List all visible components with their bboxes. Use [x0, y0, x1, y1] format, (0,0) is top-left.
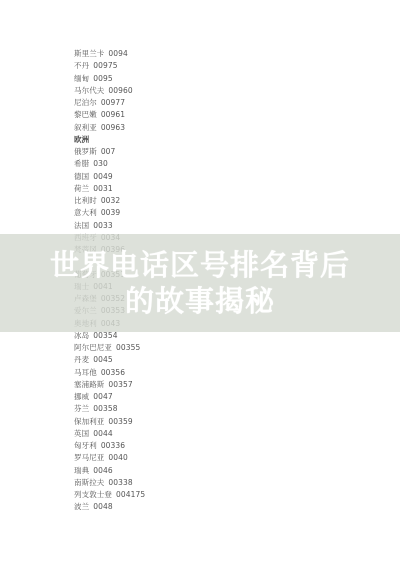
dial-code: 0049 [93, 172, 113, 181]
list-item: 英国0044 [74, 428, 334, 440]
list-item: 南斯拉夫00338 [74, 477, 334, 489]
country-name: 尼泊尔 [74, 98, 97, 107]
list-item: 尼泊尔00977 [74, 97, 334, 109]
dial-code: 0044 [93, 429, 113, 438]
dial-code: 0032 [101, 196, 121, 205]
list-item: 匈牙利00336 [74, 440, 334, 452]
country-name: 挪威 [74, 392, 89, 401]
dial-code: 00359 [108, 417, 132, 426]
list-item: 法国0033 [74, 220, 334, 232]
list-item: 丹麦0045 [74, 354, 334, 366]
country-name: 波兰 [74, 502, 89, 511]
list-item: 波兰0048 [74, 501, 334, 513]
list-item: 塞浦路斯00357 [74, 379, 334, 391]
country-name: 希腊 [74, 159, 89, 168]
section-title: 欧洲 [74, 135, 89, 144]
list-item: 斯里兰卡0094 [74, 48, 334, 60]
list-item: 比利时0032 [74, 195, 334, 207]
country-name: 比利时 [74, 196, 97, 205]
country-name: 斯里兰卡 [74, 49, 104, 58]
banner-title-line-1: 世界电话区号排名背后 [50, 247, 350, 283]
country-name: 南斯拉夫 [74, 478, 104, 487]
dial-code: 00336 [101, 441, 125, 450]
dial-code: 0040 [108, 453, 128, 462]
country-name: 意大利 [74, 208, 97, 217]
dial-code: 0039 [101, 208, 121, 217]
country-name: 马耳他 [74, 368, 97, 377]
list-item: 列支敦士登004175 [74, 489, 334, 501]
dial-code: 00356 [101, 368, 125, 377]
banner-title-line-2: 的故事揭秘 [125, 283, 275, 319]
dial-code: 00975 [93, 61, 117, 70]
country-name: 保加利亚 [74, 417, 104, 426]
dial-code: 00338 [108, 478, 132, 487]
list-item: 罗马尼亚0040 [74, 452, 334, 464]
country-name: 阿尔巴尼亚 [74, 343, 112, 352]
list-item: 黎巴嫩00961 [74, 109, 334, 121]
list-item: 不丹00975 [74, 60, 334, 72]
list-item: 马耳他00356 [74, 367, 334, 379]
country-name: 英国 [74, 429, 89, 438]
country-name: 法国 [74, 221, 89, 230]
country-name: 列支敦士登 [74, 490, 112, 499]
dial-code: 0046 [93, 466, 113, 475]
dial-code: 00357 [108, 380, 132, 389]
country-name: 塞浦路斯 [74, 380, 104, 389]
country-name: 罗马尼亚 [74, 453, 104, 462]
list-item: 马尔代夫00960 [74, 85, 334, 97]
dial-code: 0033 [93, 221, 113, 230]
dial-code: 00354 [93, 331, 117, 340]
country-name: 芬兰 [74, 404, 89, 413]
list-item: 意大利0039 [74, 207, 334, 219]
country-name: 丹麦 [74, 355, 89, 364]
country-name: 瑞典 [74, 466, 89, 475]
list-item: 挪威0047 [74, 391, 334, 403]
country-name: 荷兰 [74, 184, 89, 193]
country-name: 缅甸 [74, 74, 89, 83]
dial-code: 0094 [108, 49, 128, 58]
dial-code: 0045 [93, 355, 113, 364]
dial-code: 00963 [101, 123, 125, 132]
list-item: 荷兰0031 [74, 183, 334, 195]
list-item: 俄罗斯007 [74, 146, 334, 158]
country-name: 德国 [74, 172, 89, 181]
dial-code: 00961 [101, 110, 125, 119]
dial-code: 0095 [93, 74, 113, 83]
country-name: 叙利亚 [74, 123, 97, 132]
dial-code: 00355 [116, 343, 140, 352]
list-item: 德国0049 [74, 171, 334, 183]
list-item: 希腊030 [74, 158, 334, 170]
dial-code: 030 [93, 159, 108, 168]
list-item: 阿尔巴尼亚00355 [74, 342, 334, 354]
dial-code: 0031 [93, 184, 113, 193]
country-name: 俄罗斯 [74, 147, 97, 156]
title-banner: 世界电话区号排名背后 的故事揭秘 [0, 234, 400, 332]
section-header-europe: 欧洲 [74, 134, 334, 146]
country-name: 马尔代夫 [74, 86, 104, 95]
dial-code: 004175 [116, 490, 145, 499]
country-name: 黎巴嫩 [74, 110, 97, 119]
country-name: 不丹 [74, 61, 89, 70]
list-item: 叙利亚00963 [74, 122, 334, 134]
dial-code: 0047 [93, 392, 113, 401]
dial-code: 00960 [108, 86, 132, 95]
list-item: 芬兰00358 [74, 403, 334, 415]
country-name: 匈牙利 [74, 441, 97, 450]
list-item: 瑞典0046 [74, 465, 334, 477]
dial-code: 00977 [101, 98, 125, 107]
list-item: 保加利亚00359 [74, 416, 334, 428]
dial-code: 007 [101, 147, 116, 156]
dial-code: 0048 [93, 502, 113, 511]
list-item: 缅甸0095 [74, 73, 334, 85]
dial-code: 00358 [93, 404, 117, 413]
country-name: 冰岛 [74, 331, 89, 340]
